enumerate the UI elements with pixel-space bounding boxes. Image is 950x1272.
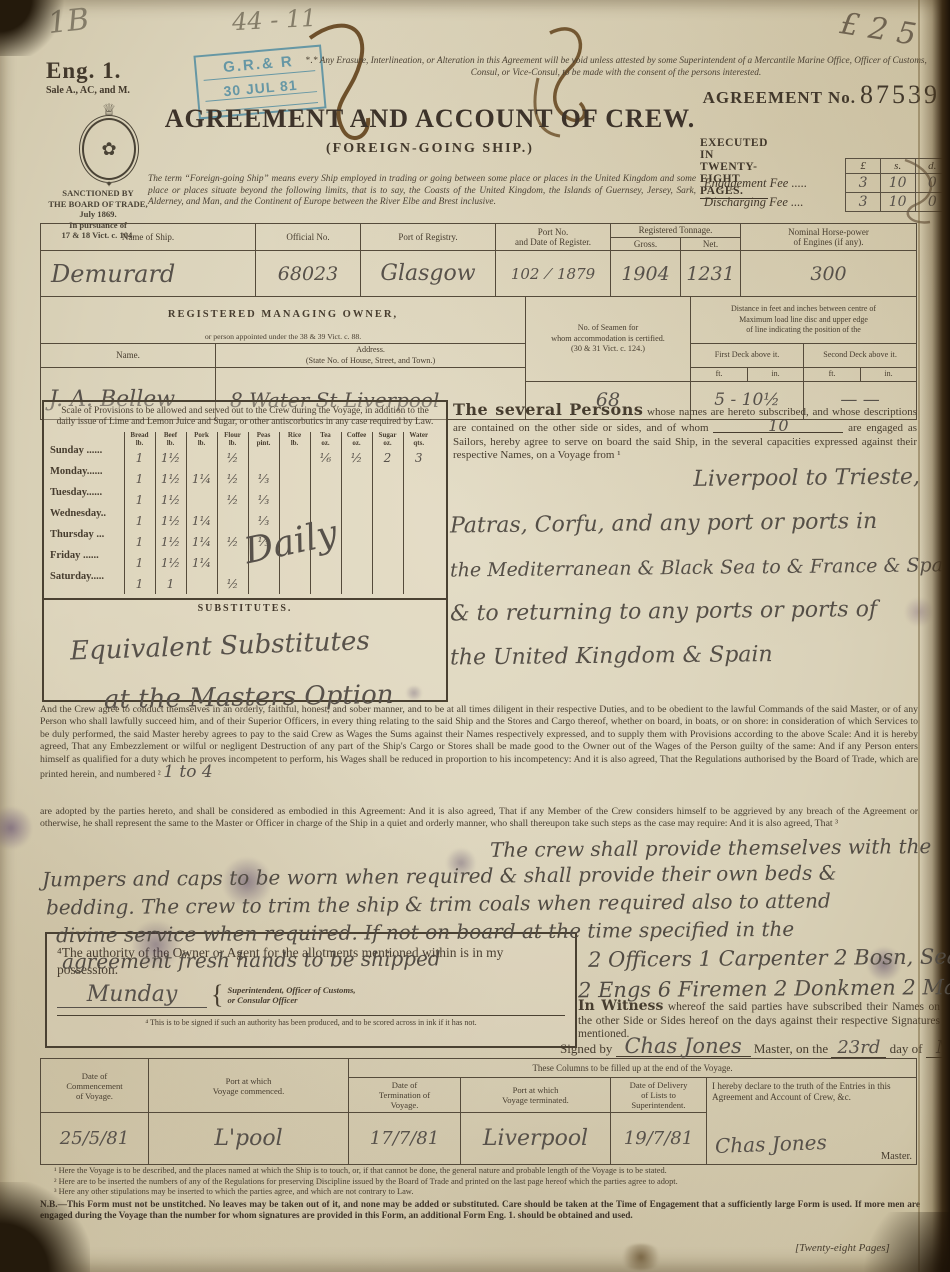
allotment-signature-row: Munday { Superintendent, Officer of Cust… bbox=[57, 980, 565, 1010]
rice-value bbox=[279, 447, 310, 468]
ink-blot bbox=[0, 805, 32, 851]
coffee-value bbox=[341, 468, 372, 489]
flour-value: ½ bbox=[217, 468, 248, 489]
voyage-line-3: the Mediterranean & Black Sea to & Franc… bbox=[450, 544, 920, 593]
provision-day-row: Wednesday.. 1 1½ 1¼ ⅓ bbox=[50, 510, 434, 531]
sugar-value bbox=[372, 552, 403, 573]
provision-day-row: Saturday..... 1 1 ½ bbox=[50, 573, 434, 594]
fee-row-engagement: Engagement Fee ..... 3 10 0 bbox=[700, 174, 950, 193]
day-label: Thursday ... bbox=[50, 531, 124, 552]
persons-count-handwritten: 10 bbox=[713, 420, 843, 433]
sugar-value: 2 bbox=[372, 447, 403, 468]
engagement-fee-pounds: 3 bbox=[846, 174, 880, 193]
provision-unit: pint. bbox=[257, 439, 271, 447]
termination-date-value: 17/7/81 bbox=[349, 1113, 461, 1165]
day-label: Sunday ...... bbox=[50, 447, 124, 468]
persons-lead: The several Persons bbox=[453, 400, 643, 419]
provision-unit: oz. bbox=[383, 439, 391, 447]
officer-title-line-1: Superintendent, Officer of Customs, bbox=[227, 985, 355, 995]
provision-column-header: Sugaroz. bbox=[372, 432, 403, 447]
binding-shadow bbox=[920, 0, 950, 1272]
crown-icon: ♕ bbox=[72, 104, 146, 118]
declaration-cell: I hereby declare to the truth of the Ent… bbox=[707, 1078, 917, 1165]
delivery-date-header: Date of Delivery of Lists to Superintend… bbox=[611, 1078, 707, 1113]
bread-value: 1 bbox=[124, 552, 155, 573]
alteration-notice: *․* Any Erasure, Interlineation, or Alte… bbox=[292, 56, 940, 79]
port-commenced-header: Port at which Voyage commenced. bbox=[149, 1059, 349, 1113]
ft-in-spacer-2 bbox=[216, 368, 526, 382]
first-deck-header: First Deck above it. bbox=[691, 344, 804, 368]
official-no-value: 68023 bbox=[256, 251, 361, 297]
provision-column-header: Breadlb. bbox=[124, 432, 155, 447]
substitutes-heading: SUBSTITUTES. bbox=[44, 603, 446, 614]
corner-shadow-top-left bbox=[0, 0, 70, 56]
provision-column-header: Peaspint. bbox=[248, 432, 279, 447]
bread-value: 1 bbox=[124, 510, 155, 531]
provision-unit: qts. bbox=[413, 439, 424, 447]
horsepower-header: Nominal Horse-power of Engines (if any). bbox=[741, 224, 917, 251]
signed-day-handwritten: 23rd bbox=[831, 1039, 886, 1058]
fd-in-label: in. bbox=[748, 368, 804, 382]
day-label: Saturday..... bbox=[50, 573, 124, 594]
page-subtitle: (FOREIGN-GOING SHIP.) bbox=[240, 141, 620, 157]
bread-value: 1 bbox=[124, 489, 155, 510]
form-class: Sale A., AC, and M. bbox=[46, 85, 130, 96]
corner-shadow-bottom-left bbox=[0, 1182, 90, 1272]
gross-tonnage-value: 1904 bbox=[611, 251, 681, 297]
coffee-value bbox=[341, 489, 372, 510]
flour-value: ½ bbox=[217, 573, 248, 594]
owner-header-row-2: Name. Address. (State No. of House, Stre… bbox=[41, 344, 917, 368]
owner-title: REGISTERED MANAGING OWNER, bbox=[168, 309, 398, 320]
engagement-fee-label: Engagement Fee ..... bbox=[700, 174, 846, 193]
ship-header-row-1: Name of Ship. Official No. Port of Regis… bbox=[41, 224, 917, 238]
pencil-note-center: 44 - 11 bbox=[231, 4, 317, 36]
tea-value bbox=[310, 468, 341, 489]
brace-glyph: { bbox=[211, 980, 223, 1010]
seamen-header: No. of Seamen for whom accommodation is … bbox=[526, 297, 691, 382]
bread-value: 1 bbox=[124, 447, 155, 468]
provision-day-row: Monday...... 1 1½ 1¼ ½ ⅓ bbox=[50, 468, 434, 489]
pork-value bbox=[186, 447, 217, 468]
water-value: 3 bbox=[403, 447, 434, 468]
provision-column-header: Beeflb. bbox=[155, 432, 186, 447]
ship-info-table: Name of Ship. Official No. Port of Regis… bbox=[40, 223, 917, 297]
stipulation-handwriting-1: The crew shall provide themselves with t… bbox=[490, 834, 932, 862]
provision-column-header: Teaoz. bbox=[310, 432, 341, 447]
port-registry-header: Port of Registry. bbox=[361, 224, 496, 251]
discharging-fee-shillings: 10 bbox=[880, 193, 915, 212]
footnote-3: ³ Here any other stipulations may be ins… bbox=[54, 1187, 914, 1198]
corner-shadow-bottom-right bbox=[860, 1212, 950, 1272]
port-commenced-value: L'pool bbox=[149, 1113, 349, 1165]
beef-value: 1 bbox=[155, 573, 186, 594]
end-of-voyage-span-header: These Columns to be filled up at the end… bbox=[349, 1059, 917, 1078]
signed-by-label: Signed by bbox=[560, 1041, 612, 1056]
beef-value: 1½ bbox=[155, 552, 186, 573]
garter-seal-icon: ✿ bbox=[82, 118, 136, 180]
rice-value bbox=[279, 468, 310, 489]
peas-value: ⅓ bbox=[248, 468, 279, 489]
water-value bbox=[403, 552, 434, 573]
pork-value: 1¼ bbox=[186, 510, 217, 531]
day-label: Wednesday.. bbox=[50, 510, 124, 531]
owner-title-cell: REGISTERED MANAGING OWNER, or person app… bbox=[41, 297, 526, 344]
flour-value: ½ bbox=[217, 447, 248, 468]
stipulation-handwriting-2: Jumpers and caps to be worn when require… bbox=[42, 861, 837, 892]
port-no-date-header: Port No. and Date of Register. bbox=[496, 224, 611, 251]
ink-blot bbox=[618, 1244, 664, 1270]
owner-header-row-1: REGISTERED MANAGING OWNER, or person app… bbox=[41, 297, 917, 344]
owner-subtitle: or person appointed under the 38 & 39 Vi… bbox=[205, 332, 361, 341]
officer-title: Superintendent, Officer of Customs, or C… bbox=[227, 985, 355, 1005]
day-label: Monday...... bbox=[50, 468, 124, 489]
provisions-body: Sunday ...... 1 1½ ½ ⅙ ½ 2 3 Monda bbox=[50, 447, 434, 594]
persons-clause: The several Persons whose names are here… bbox=[453, 403, 917, 463]
superintendent-signature: Munday bbox=[57, 982, 207, 1008]
voyage-line-2: Patras, Corfu, and any port or ports in bbox=[450, 500, 920, 549]
provision-column-header: Flourlb. bbox=[217, 432, 248, 447]
sd-in-label: in. bbox=[861, 368, 917, 382]
bread-value: 1 bbox=[124, 468, 155, 489]
sugar-value bbox=[372, 573, 403, 594]
fee-header-row: £ s. d. bbox=[700, 159, 950, 174]
water-value bbox=[403, 468, 434, 489]
provision-unit: oz. bbox=[321, 439, 329, 447]
pork-value bbox=[186, 489, 217, 510]
beef-value: 1½ bbox=[155, 531, 186, 552]
owner-address-header: Address. (State No. of House, Street, an… bbox=[216, 344, 526, 368]
commencement-date-header: Date of Commencement of Voyage. bbox=[41, 1059, 149, 1113]
bread-value: 1 bbox=[124, 573, 155, 594]
provision-unit: lb. bbox=[229, 439, 237, 447]
form-code-block: Eng. 1. Sale A., AC, and M. bbox=[46, 58, 130, 96]
provisions-title: Scale of Provisions to be allowed and se… bbox=[44, 402, 446, 430]
voyage-line-4: & to returning to any ports or ports of bbox=[450, 588, 920, 637]
discharging-fee-pounds: 3 bbox=[846, 193, 880, 212]
water-value bbox=[403, 573, 434, 594]
officer-title-line-2: or Consular Officer bbox=[227, 995, 297, 1005]
declaration-text: I hereby declare to the truth of the Ent… bbox=[712, 1081, 891, 1102]
official-no-header: Official No. bbox=[256, 224, 361, 251]
provision-unit: oz. bbox=[352, 439, 360, 447]
provision-day-row: Sunday ...... 1 1½ ½ ⅙ ½ 2 3 bbox=[50, 447, 434, 468]
commencement-date-value: 25/5/81 bbox=[41, 1113, 149, 1165]
provision-day-row: Friday ...... 1 1½ 1¼ bbox=[50, 552, 434, 573]
fd-ft-label: ft. bbox=[691, 368, 748, 382]
coffee-value bbox=[341, 510, 372, 531]
distance-header: Distance in feet and inches between cent… bbox=[691, 297, 917, 344]
provision-column-header: Porklb. bbox=[186, 432, 217, 447]
voyage-line-5: the United Kingdom & Spain bbox=[450, 632, 920, 681]
voyage-summary-table: Date of Commencement of Voyage. Port at … bbox=[40, 1058, 917, 1165]
provisions-header-row: Breadlb. Beeflb. Porklb. Flourlb. Peaspi… bbox=[50, 432, 434, 447]
bread-value: 1 bbox=[124, 531, 155, 552]
termination-date-header: Date of Termination of Voyage. bbox=[349, 1078, 461, 1113]
fee-row-discharging: Discharging Fee .... 3 10 0 bbox=[700, 193, 950, 212]
footnotes-block: ¹ Here the Voyage is to be described, an… bbox=[54, 1166, 914, 1198]
form-code: Eng. 1. bbox=[46, 58, 130, 84]
fee-col-shillings: s. bbox=[880, 159, 915, 174]
fee-table: £ s. d. Engagement Fee ..... 3 10 0 Disc… bbox=[700, 158, 950, 212]
substitutes-divider bbox=[44, 598, 446, 600]
beef-value: 1½ bbox=[155, 489, 186, 510]
provision-unit: lb. bbox=[136, 439, 144, 447]
signed-by-line: Signed by Chas Jones Master, on the 23rd… bbox=[560, 1036, 950, 1058]
pork-value: 1¼ bbox=[186, 468, 217, 489]
pencil-note-right: £ 2 5 bbox=[838, 6, 919, 53]
document-page: 1B 44 - 11 £ 2 5 G.R.& R 30 JUL 81 Eng. … bbox=[0, 0, 950, 1272]
voyage-description: Liverpool to Trieste, Patras, Corfu, and… bbox=[450, 458, 920, 678]
port-terminated-value: Liverpool bbox=[461, 1113, 611, 1165]
crew-agreement-paragraph: And the Crew agree to conduct themselves… bbox=[40, 704, 918, 781]
delivery-date-value: 19/7/81 bbox=[611, 1113, 707, 1165]
discharging-fee-label: Discharging Fee .... bbox=[700, 193, 846, 212]
voyage-line-1: Liverpool to Trieste, bbox=[450, 456, 920, 505]
ship-name-header: Name of Ship. bbox=[41, 224, 256, 251]
provision-column-header: Ricelb. bbox=[279, 432, 310, 447]
tea-value bbox=[310, 573, 341, 594]
coffee-value bbox=[341, 531, 372, 552]
gross-header: Gross. bbox=[611, 237, 681, 251]
regulations-numbered-handwritten: 1 to 4 bbox=[163, 762, 213, 782]
net-header: Net. bbox=[681, 237, 741, 251]
crew-counts-handwriting-1: 2 Officers 1 Carpenter 2 Bosn, Seamen bbox=[588, 944, 950, 972]
voyage-span-header-row: Date of Commencement of Voyage. Port at … bbox=[41, 1059, 917, 1078]
declaration-signature: Chas Jones bbox=[715, 1137, 827, 1152]
second-deck-header: Second Deck above it. bbox=[804, 344, 917, 368]
peas-value bbox=[248, 447, 279, 468]
day-label: Friday ...... bbox=[50, 552, 124, 573]
peas-value bbox=[248, 573, 279, 594]
fee-header-spacer bbox=[700, 159, 846, 174]
ship-name-value: Demurard bbox=[41, 251, 256, 297]
sugar-value bbox=[372, 510, 403, 531]
board-of-trade-crest: ♕ ✿ ✦ bbox=[72, 104, 146, 188]
agreement-number-label: AGREEMENT No. bbox=[703, 88, 856, 107]
sd-ft-label: ft. bbox=[804, 368, 861, 382]
provision-column-header: Waterqts. bbox=[403, 432, 434, 447]
provisions-table: Breadlb. Beeflb. Porklb. Flourlb. Peaspi… bbox=[50, 432, 434, 594]
provision-unit: lb. bbox=[291, 439, 299, 447]
coffee-value bbox=[341, 573, 372, 594]
provision-unit: lb. bbox=[167, 439, 175, 447]
declaration-master-label: Master. bbox=[881, 1151, 912, 1162]
footnote-2: ² Here are to be inserted the numbers of… bbox=[54, 1177, 914, 1188]
sugar-value bbox=[372, 531, 403, 552]
water-value bbox=[403, 510, 434, 531]
beef-value: 1½ bbox=[155, 447, 186, 468]
flour-value: ½ bbox=[217, 489, 248, 510]
ship-values-row: Demurard 68023 Glasgow 102 ⁄ 1879 1904 1… bbox=[41, 251, 917, 297]
port-terminated-header: Port at which Voyage terminated. bbox=[461, 1078, 611, 1113]
tea-value: ⅙ bbox=[310, 447, 341, 468]
flour-value bbox=[217, 552, 248, 573]
coffee-value bbox=[341, 552, 372, 573]
adopted-paragraph: are adopted by the parties hereto, and s… bbox=[40, 806, 918, 831]
beef-value: 1½ bbox=[155, 468, 186, 489]
water-value bbox=[403, 531, 434, 552]
pork-value: 1¼ bbox=[186, 552, 217, 573]
nb-paragraph: N.B.—This Form must not be unstitched. N… bbox=[40, 1200, 920, 1223]
substitutes-handwriting-1: Equivalent Substitutes bbox=[70, 623, 447, 666]
pendant-icon: ✦ bbox=[72, 180, 146, 188]
stipulation-handwriting-3: bedding. The crew to trim the ship & tri… bbox=[46, 889, 831, 920]
provision-day-row: Tuesday...... 1 1½ ½ ⅓ bbox=[50, 489, 434, 510]
owner-name-header: Name. bbox=[41, 344, 216, 368]
engagement-fee-shillings: 10 bbox=[880, 174, 915, 193]
rice-value bbox=[279, 489, 310, 510]
tonnage-header: Registered Tonnage. bbox=[611, 224, 741, 238]
crew-counts-handwriting-2: 2 Engs 6 Firemen 2 Donkmen 2 Masters & 1… bbox=[578, 974, 950, 1003]
flour-value bbox=[217, 510, 248, 531]
rice-value bbox=[279, 573, 310, 594]
allotment-footnote: ⁴ This is to be signed if such an author… bbox=[57, 1015, 565, 1028]
owner-header-row-3: ft. in. ft. in. bbox=[41, 368, 917, 382]
peas-value: ⅓ bbox=[248, 489, 279, 510]
provision-column-header: Coffeeoz. bbox=[341, 432, 372, 447]
footnote-1: ¹ Here the Voyage is to be described, an… bbox=[54, 1166, 914, 1177]
stipulation-handwriting-4: divine service when required. If not on … bbox=[56, 917, 794, 947]
horsepower-value: 300 bbox=[741, 251, 917, 297]
day-label: Tuesday...... bbox=[50, 489, 124, 510]
page-title: AGREEMENT AND ACCOUNT OF CREW. bbox=[150, 104, 710, 134]
provision-unit: lb. bbox=[198, 439, 206, 447]
net-tonnage-value: 1231 bbox=[681, 251, 741, 297]
master-signature: Chas Jones bbox=[616, 1036, 751, 1057]
tea-value bbox=[310, 489, 341, 510]
sugar-value bbox=[372, 468, 403, 489]
ft-in-spacer-1 bbox=[41, 368, 216, 382]
provisions-box: Scale of Provisions to be allowed and se… bbox=[42, 400, 448, 702]
stipulation-handwriting-5: agreement fresh hands to be shipped bbox=[62, 946, 441, 973]
pork-value: 1¼ bbox=[186, 531, 217, 552]
water-value bbox=[403, 489, 434, 510]
sugar-value bbox=[372, 489, 403, 510]
port-registry-value: Glasgow bbox=[361, 251, 496, 297]
foreign-going-definition: The term “Foreign-going Ship” means ever… bbox=[148, 174, 696, 209]
coffee-value: ½ bbox=[341, 447, 372, 468]
master-on-the-label: Master, on the bbox=[754, 1041, 828, 1056]
pork-value bbox=[186, 573, 217, 594]
fee-col-pound: £ bbox=[846, 159, 880, 174]
beef-value: 1½ bbox=[155, 510, 186, 531]
rose-icon: ✿ bbox=[101, 139, 116, 160]
port-no-date-value: 102 ⁄ 1879 bbox=[496, 251, 611, 297]
